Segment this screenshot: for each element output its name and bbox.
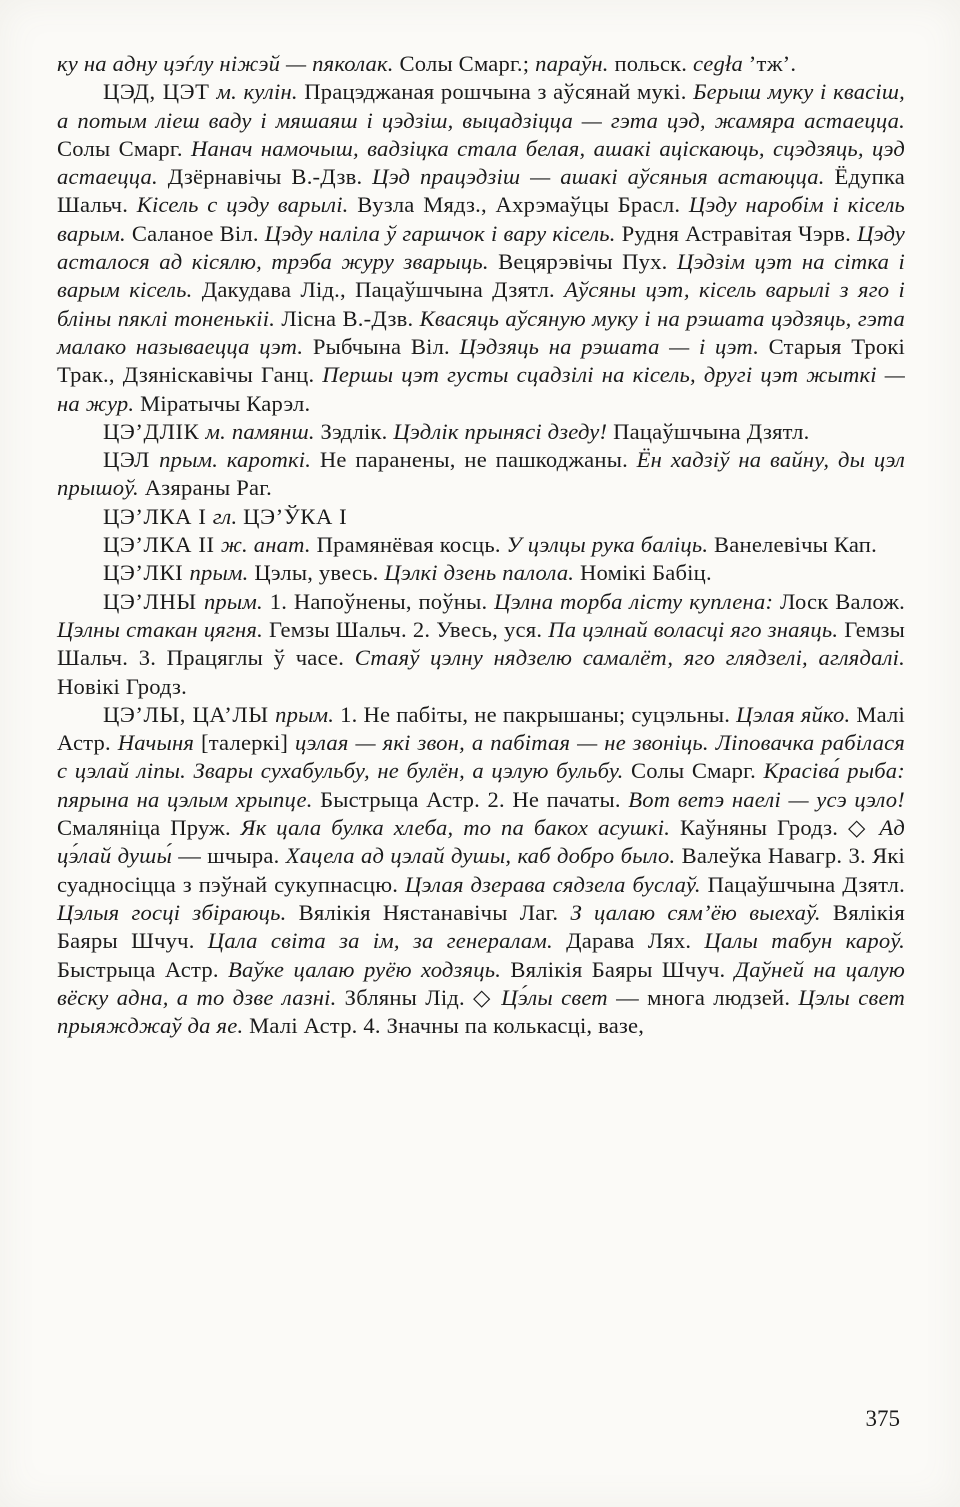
entry-celka-1: ЦЭ’ЛКА I гл. ЦЭ’ЎКА I [57,503,905,531]
entry-cely-caly-roman-segment: Збляны Лід. ◇ [345,985,502,1010]
continuation-paragraph-italic-segment: ку на адну цэѓлу ніжэй — пяколак. [57,51,400,76]
entry-ced-cet-roman-segment: Вецярэвічы Пух. [498,249,677,274]
entry-cely-caly-roman-segment: Вялікія Нястанавічы Лаг. [299,900,571,925]
entry-ced-cet-italic-segment: Цэдзяць на рэшата — і цэт. [459,334,768,359]
continuation-paragraph-roman-segment: польск. [614,51,693,76]
entry-ced-cet-roman-segment: Солы Смарг. [57,136,191,161]
entry-celki: ЦЭ’ЛКІ прым. Цэлы, увесь. Цэлкі дзень па… [57,559,905,587]
entry-ced-cet-roman-segment: Дакудава Лід., Пацаўшчына Дзятл. [202,277,564,302]
continuation-paragraph-roman-segment: ’тж’. [749,51,796,76]
continuation-paragraph-roman-segment: Солы Смарг.; [400,51,536,76]
dictionary-page: ку на адну цэѓлу ніжэй — пяколак. Солы С… [0,0,960,1507]
entry-celka-2-headword-segment: ЦЭ’ЛКА II [103,532,221,557]
entry-ced-cet-roman-segment: Вузла Мядз., Ахрэмаўцы Брасл. [357,192,689,217]
entry-celki-roman-segment: Номікі Бабіц. [580,560,712,585]
entry-celny-roman-segment: Лоск Валож. [780,589,905,614]
page-number: 375 [866,1405,901,1433]
entry-celki-italic-segment: прым. [190,560,255,585]
entry-ced-cet-roman-segment: Міратычы Карэл. [140,391,310,416]
continuation-paragraph-italic-segment: параўн. [535,51,614,76]
entry-cely-caly-roman-segment: Малі Астр. 4. Значны па колькасці, вазе, [249,1013,644,1038]
entry-ced-cet-roman-segment: Саланое Віл. [132,221,265,246]
entry-ced-cet-roman-segment: Лісна В.-Дзв. [281,306,419,331]
entry-celka-1-headword-segment: ЦЭ’ЎКА I [243,504,347,529]
entry-cely-caly-roman-segment: Дарава Лях. [566,928,704,953]
entry-ced-cet-roman-segment: Рудня Астравітая Чэрв. [622,221,857,246]
entry-cely-caly: ЦЭ’ЛЫ, ЦА’ЛЫ прым. 1. Не пабіты, не пакр… [57,701,905,1041]
entry-cely-caly-roman-segment: Каўняны Гродз. ◇ [680,815,879,840]
entry-celka-2-italic-segment: У цэлцы рука баліць. [507,532,715,557]
entry-cedlik-headword-segment: ЦЭ’ДЛІК [103,419,206,444]
entry-cely-caly-italic-segment: Цалы табун кароў. [704,928,905,953]
entry-celny-roman-segment: Новікі Гродз. [57,674,187,699]
entry-cedlik-roman-segment: Пацаўшчына Дзятл. [613,419,809,444]
entry-celny-italic-segment: Стаяў цэлну нядзелю самалёт, яго глядзел… [355,645,905,670]
entry-celka-2-roman-segment: Ванелевічы Кап. [714,532,877,557]
entry-ced-cet-roman-segment: Рыбчына Віл. [313,334,460,359]
entry-cely-caly-roman-segment: — шчыра. [178,843,285,868]
entry-cely-caly-italic-segment: Як цала булка хлеба, то па бакох асушкі. [241,815,680,840]
entry-ced-cet-italic-segment: Кісель с цэду варылі. [137,192,357,217]
entry-cely-caly-roman-segment: Солы Смарг. [631,758,763,783]
entry-cely-caly-italic-segment: Вот ветэ наелі — усэ цэло! [628,787,905,812]
continuation-paragraph: ку на адну цэѓлу ніжэй — пяколак. Солы С… [57,50,905,78]
entry-celka-1-italic-segment: гл. [213,504,243,529]
entry-cely-caly-italic-segment: прым. [275,702,340,727]
entry-ced-cet-italic-segment: м. кулін. [217,79,305,104]
entry-celny-italic-segment: прым. [204,589,270,614]
entry-cely-caly-roman-segment: [талеркі] [201,730,295,755]
entry-cel-italic-segment: прым. кароткі. [159,447,320,472]
entry-ced-cet-italic-segment: Цэду наліла ў гаршчок і вару кісель. [265,221,622,246]
entry-cely-caly-italic-segment: Хацела ад цэлай душы, каб добро было. [286,843,682,868]
entry-cely-caly-roman-segment: Пацаўшчына Дзятл. [708,872,905,897]
entry-cel-roman-segment: Не паранены, не пашкоджаны. [320,447,637,472]
entry-cely-caly-italic-segment: Цэ́лы свет [501,985,616,1010]
entry-ced-cet-roman-segment: Дзёрнавічы В.-Дзв. [168,164,372,189]
entry-cedlik-italic-segment: Цэдлік прынясі дзеду! [393,419,613,444]
entry-cel: ЦЭЛ прым. кароткі. Не паранены, не пашко… [57,446,905,503]
entry-celki-headword-segment: ЦЭ’ЛКІ [103,560,190,585]
entry-cedlik: ЦЭ’ДЛІК м. памянш. Зэдлік. Цэдлік прыняс… [57,418,905,446]
entry-cely-caly-italic-segment: З цалаю сям’ёю выехаў. [570,900,832,925]
entry-cely-caly-italic-segment: Цэлая яйко. [736,702,856,727]
entry-cel-headword-segment: ЦЭЛ [103,447,159,472]
entry-celka-2-roman-segment: Прамянёвая косць. [317,532,507,557]
entry-cely-caly-roman-segment: Быстрыца Астр. [57,957,228,982]
entry-ced-cet-roman-segment: Працэджаная рошчына з аўсянай мукі. [304,79,693,104]
entry-ced-cet-italic-segment: Цэд працэдзіш — ашакі аўсяныя астаюцца. [372,164,834,189]
continuation-paragraph-italic-segment: cegła [693,51,749,76]
entry-cely-caly-headword-segment: ЦЭ’ЛЫ, ЦА’ЛЫ [103,702,275,727]
entry-cely-caly-italic-segment: Цала світа за ім, за генералам. [208,928,566,953]
entry-celka-1-headword-segment: ЦЭ’ЛКА I [103,504,213,529]
entry-cel-roman-segment: Азяраны Раг. [145,475,272,500]
entry-cely-caly-roman-segment: Смаляніца Пруж. [57,815,241,840]
entry-cedlik-roman-segment: Зэдлік. [321,419,394,444]
entry-celki-italic-segment: Цэлкі дзень палола. [384,560,580,585]
entry-cely-caly-italic-segment: Начыня [118,730,201,755]
entry-celny-roman-segment: 1. Напоўнены, поўны. [270,589,494,614]
entry-cedlik-italic-segment: м. памянш. [206,419,321,444]
entry-celny-italic-segment: Цэлны стакан цягня. [57,617,269,642]
entry-cely-caly-roman-segment: — многа людзей. [616,985,798,1010]
entry-celka-2-italic-segment: ж. анат. [221,532,317,557]
entry-cely-caly-roman-segment: 1. Не пабіты, не пакрышаны; суцэльны. [340,702,736,727]
entry-cely-caly-roman-segment: Быстрыца Астр. 2. Не пачаты. [320,787,628,812]
entry-celny: ЦЭ’ЛНЫ прым. 1. Напоўнены, поўны. Цэлна … [57,588,905,701]
entry-cely-caly-italic-segment: Цэлая дзерава сядзела буслаў. [405,872,708,897]
entry-cely-caly-italic-segment: Ваўке цалаю руёю ходзяць. [228,957,510,982]
entry-ced-cet: ЦЭД, ЦЭТ м. кулін. Працэджаная рошчына з… [57,78,905,418]
entry-ced-cet-headword-segment: ЦЭД, ЦЭТ [103,79,217,104]
entry-celka-2: ЦЭ’ЛКА II ж. анат. Прамянёвая косць. У ц… [57,531,905,559]
text-block: ку на адну цэѓлу ніжэй — пяколак. Солы С… [57,50,905,1040]
entry-celny-italic-segment: Цэлна торба лісту куплена: [494,589,780,614]
entry-celny-roman-segment: Гемзы Шальч. 2. Увесь, уся. [269,617,548,642]
entry-cely-caly-roman-segment: Вялікія Баяры Шчуч. [510,957,734,982]
entry-cely-caly-italic-segment: Цэлыя госці збіраюць. [57,900,299,925]
entry-celki-roman-segment: Цэлы, увесь. [254,560,384,585]
entry-celny-headword-segment: ЦЭ’ЛНЫ [103,589,204,614]
entry-celny-italic-segment: Па цэлнай воласці яго знаяць. [548,617,844,642]
